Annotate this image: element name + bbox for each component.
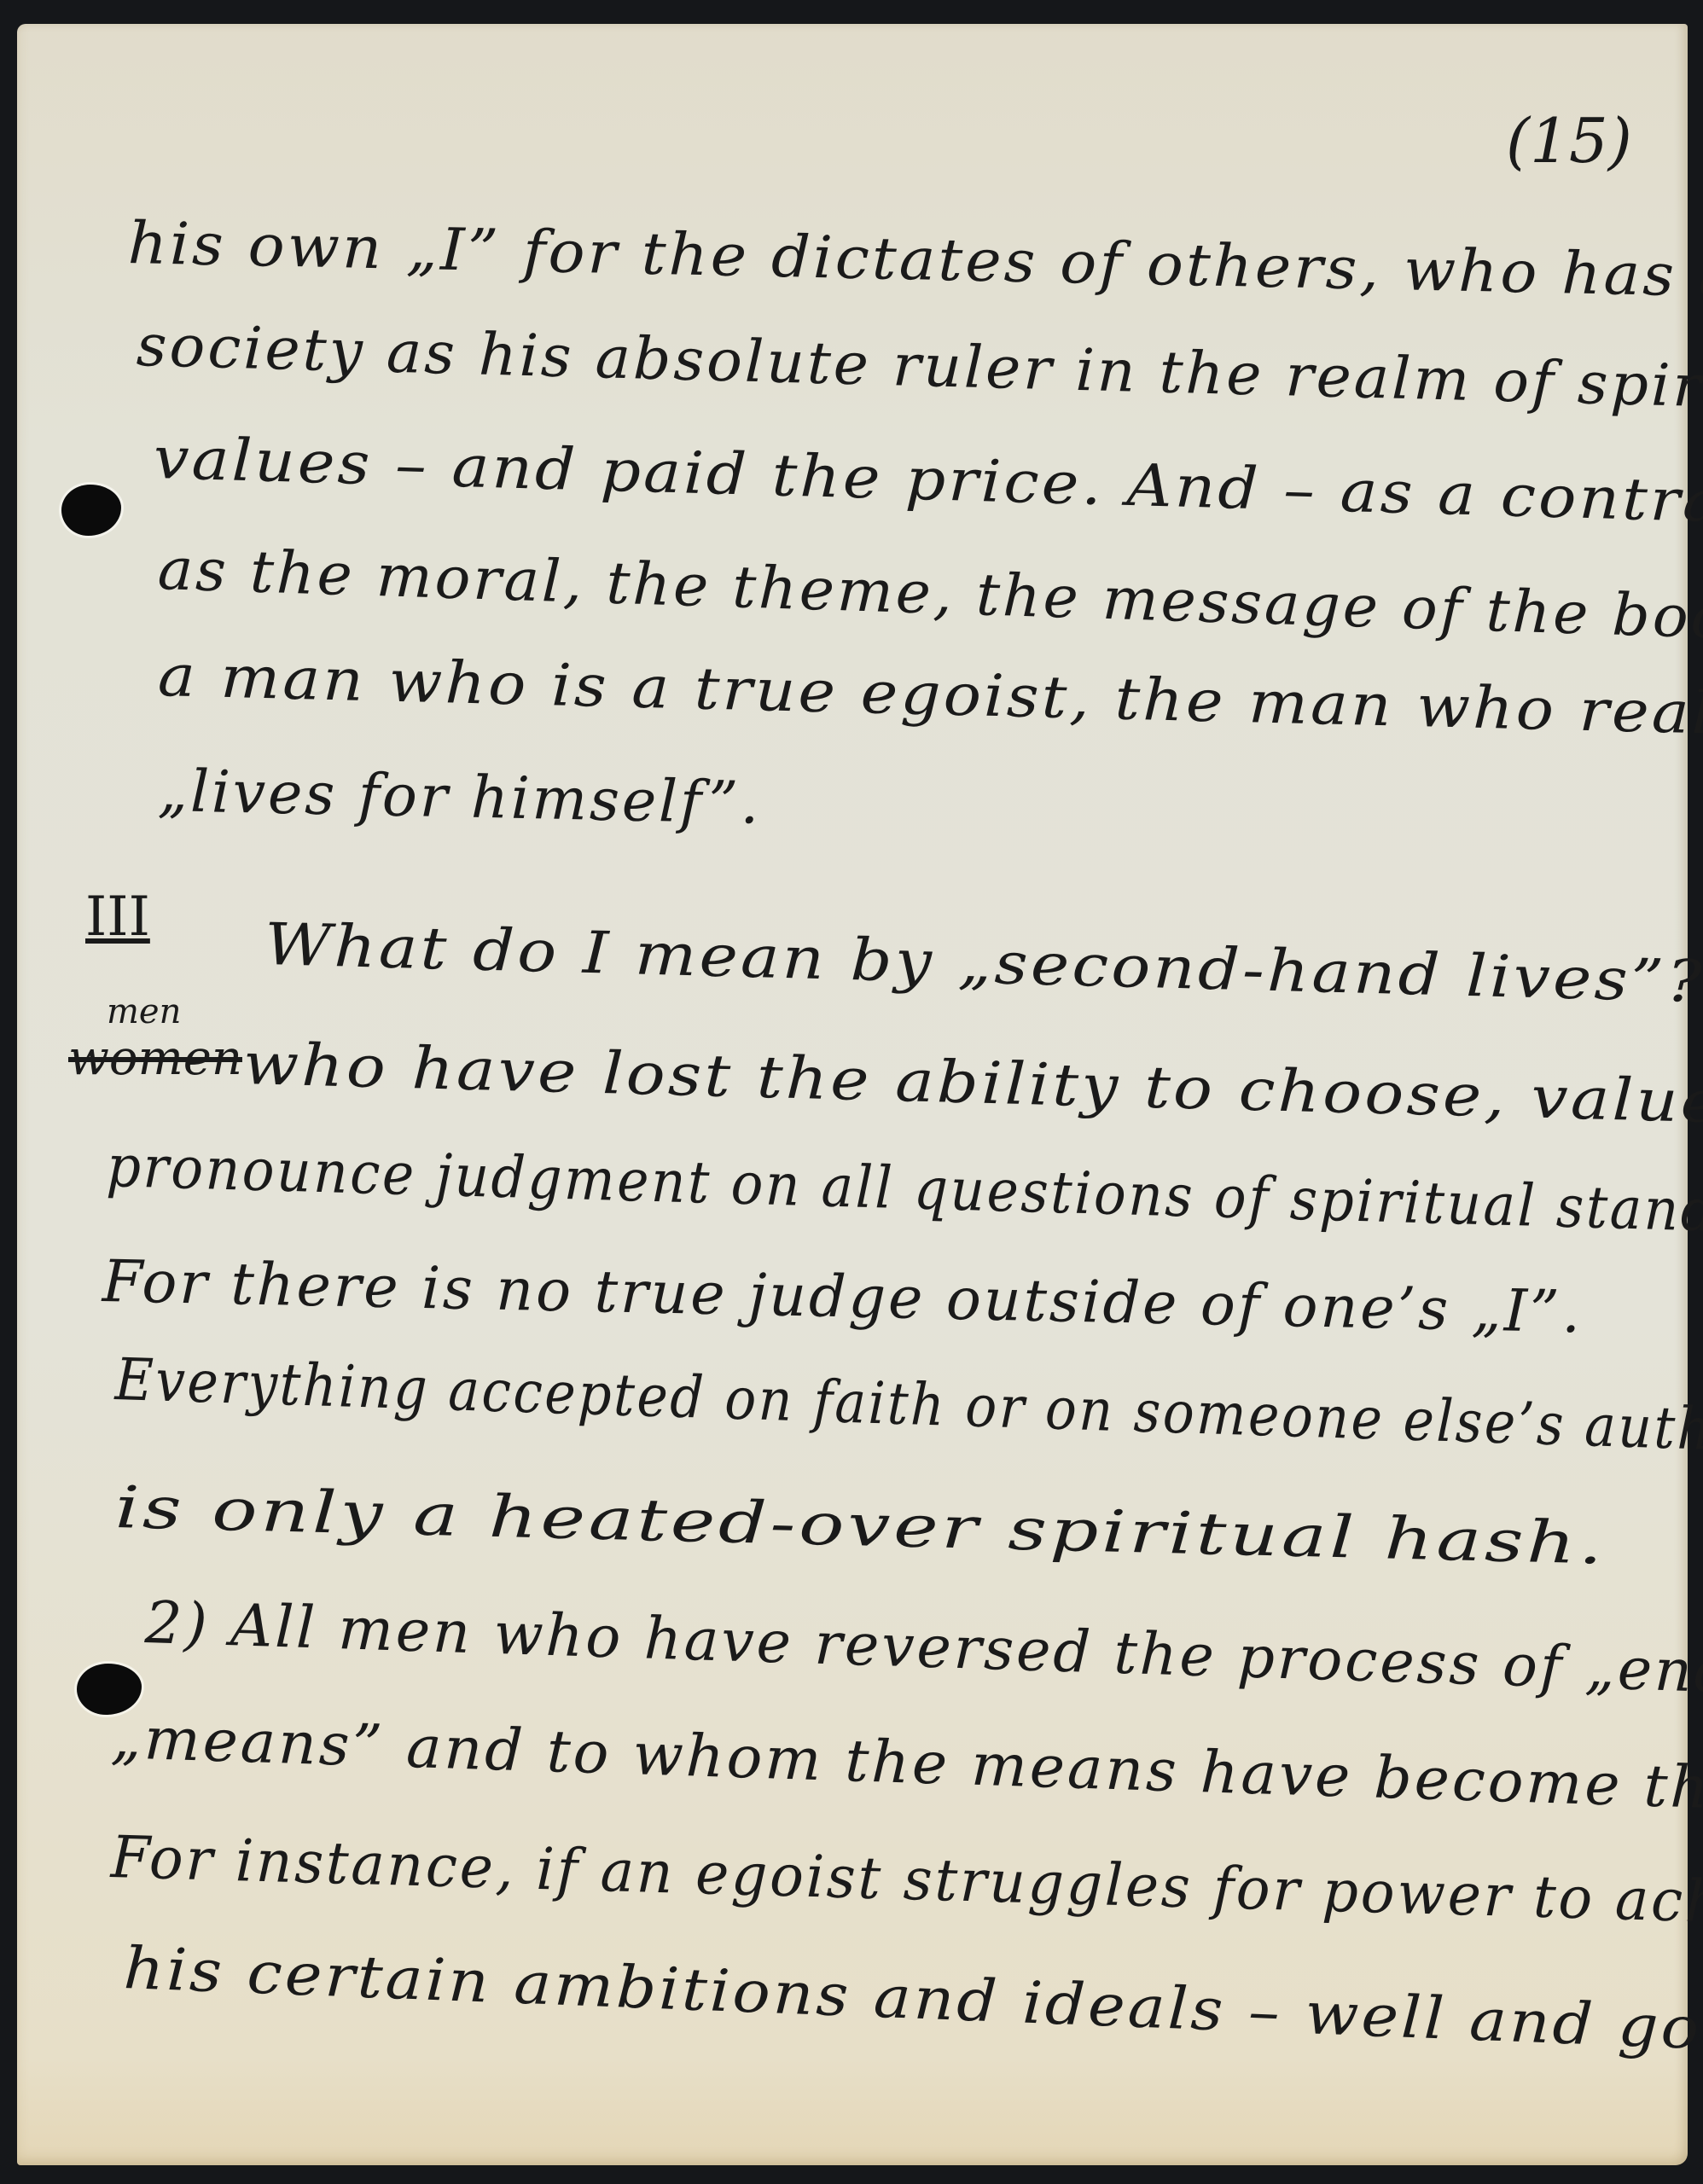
struck-out-word: women	[68, 1031, 242, 1086]
text-line-3: values – and paid the price. And – as a …	[153, 425, 1703, 538]
page-number: (15)	[1506, 105, 1632, 177]
text-line-5: a man who is a true egoist, the man who …	[157, 642, 1703, 749]
text-line-9: pronounce judgment on all questions of s…	[106, 1133, 1703, 1250]
text-line-11: Everything accepted on faith or on someo…	[114, 1346, 1703, 1468]
text-line-7: What do I mean by „second-hand lives”? 1…	[264, 911, 1703, 1022]
manuscript-page: (15) his own „I” for the dictates of oth…	[17, 24, 1688, 2165]
punch-hole-top	[61, 485, 121, 536]
text-line-15: For instance, if an egoist struggles for…	[110, 1824, 1703, 1940]
text-line-10: For there is no true judge outside of on…	[102, 1248, 1584, 1346]
text-line-16: his certain ambitions and ideals – well …	[122, 1935, 1703, 2072]
section-numeral: III	[85, 886, 150, 949]
text-line-6: „lives for himself”.	[157, 758, 762, 838]
inserted-word: men	[107, 992, 181, 1031]
text-line-12: is only a heated-over spiritual hash.	[114, 1474, 1607, 1578]
text-line-1: his own „I” for the dictates of others, …	[127, 210, 1703, 317]
text-line-2: society as his absolute ruler in the rea…	[136, 312, 1703, 425]
text-line-14: „means” and to whom the means have becom…	[110, 1705, 1703, 1828]
text-line-13: 2) All men who have reversed the process…	[144, 1589, 1703, 1712]
text-line-8: who have lost the ability to choose, val…	[242, 1031, 1703, 1141]
text-line-4: as the moral, the theme, the message of …	[157, 536, 1703, 655]
